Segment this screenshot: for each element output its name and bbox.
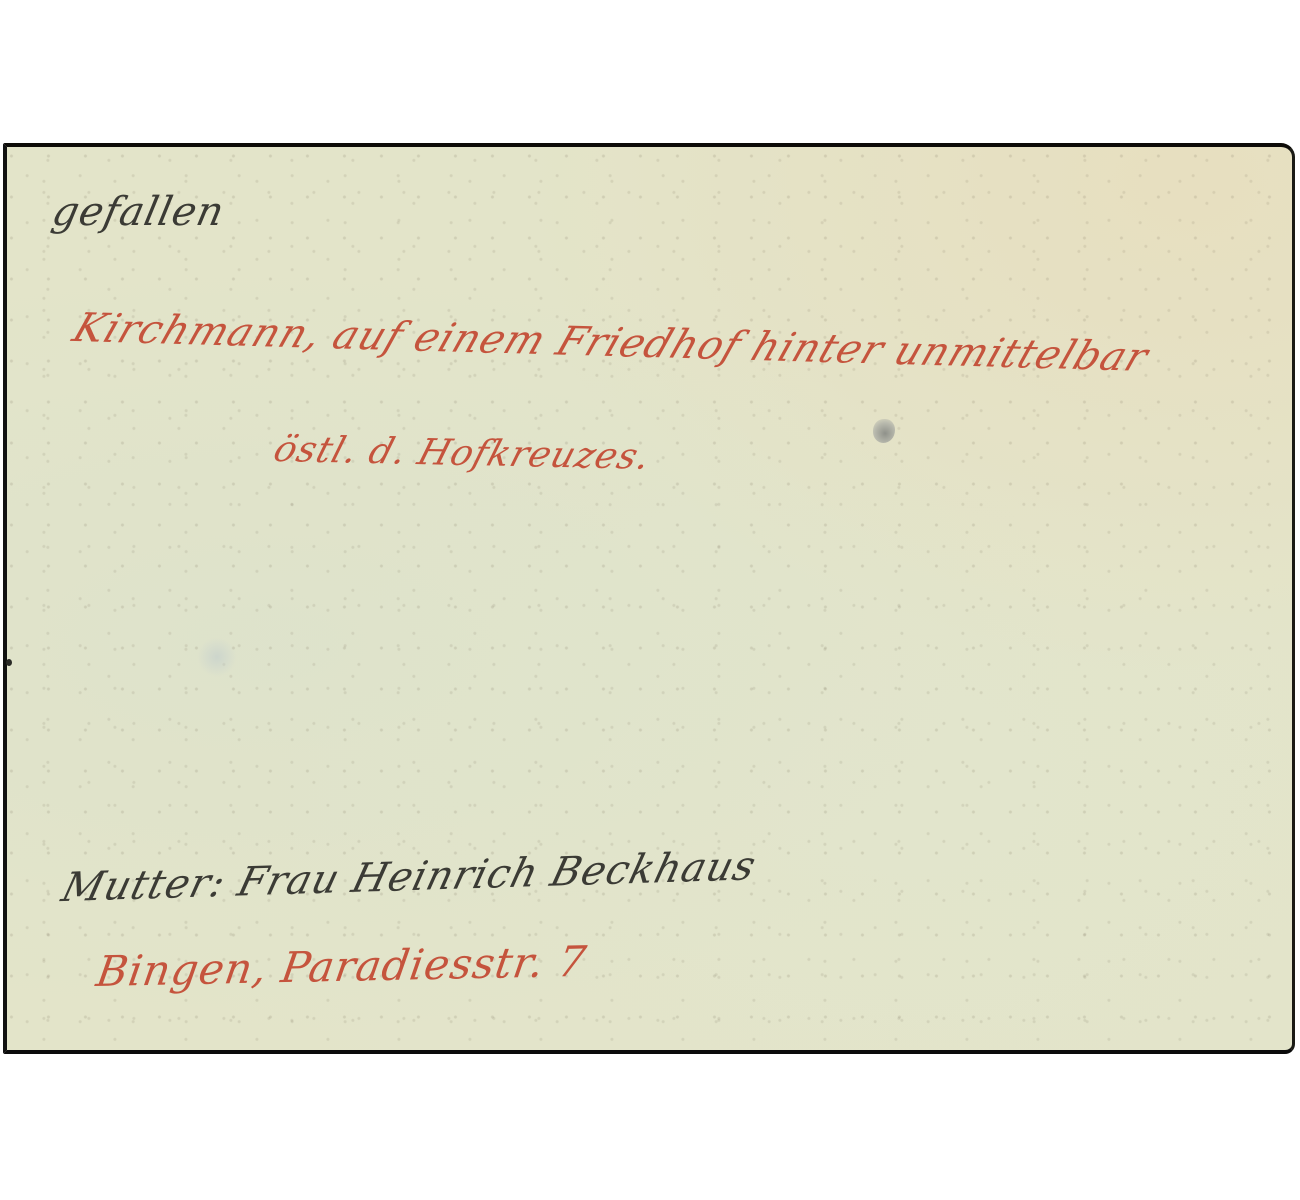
edge-mark <box>6 659 12 666</box>
index-card: gefallen Kirchmann, auf einem Friedhof h… <box>3 143 1295 1054</box>
paper-stain <box>197 637 237 677</box>
mother-line: Mutter: Frau Heinrich Beckhaus <box>57 843 761 911</box>
address-line: Bingen, Paradiesstr. 7 <box>93 937 590 996</box>
burial-note-line-1: Kirchmann, auf einem Friedhof hinter unm… <box>67 305 1155 380</box>
ink-spot-stain <box>873 419 895 443</box>
burial-note-line-2: östl. d. Hofkreuzes. <box>269 429 656 478</box>
status-note: gefallen <box>48 189 229 235</box>
